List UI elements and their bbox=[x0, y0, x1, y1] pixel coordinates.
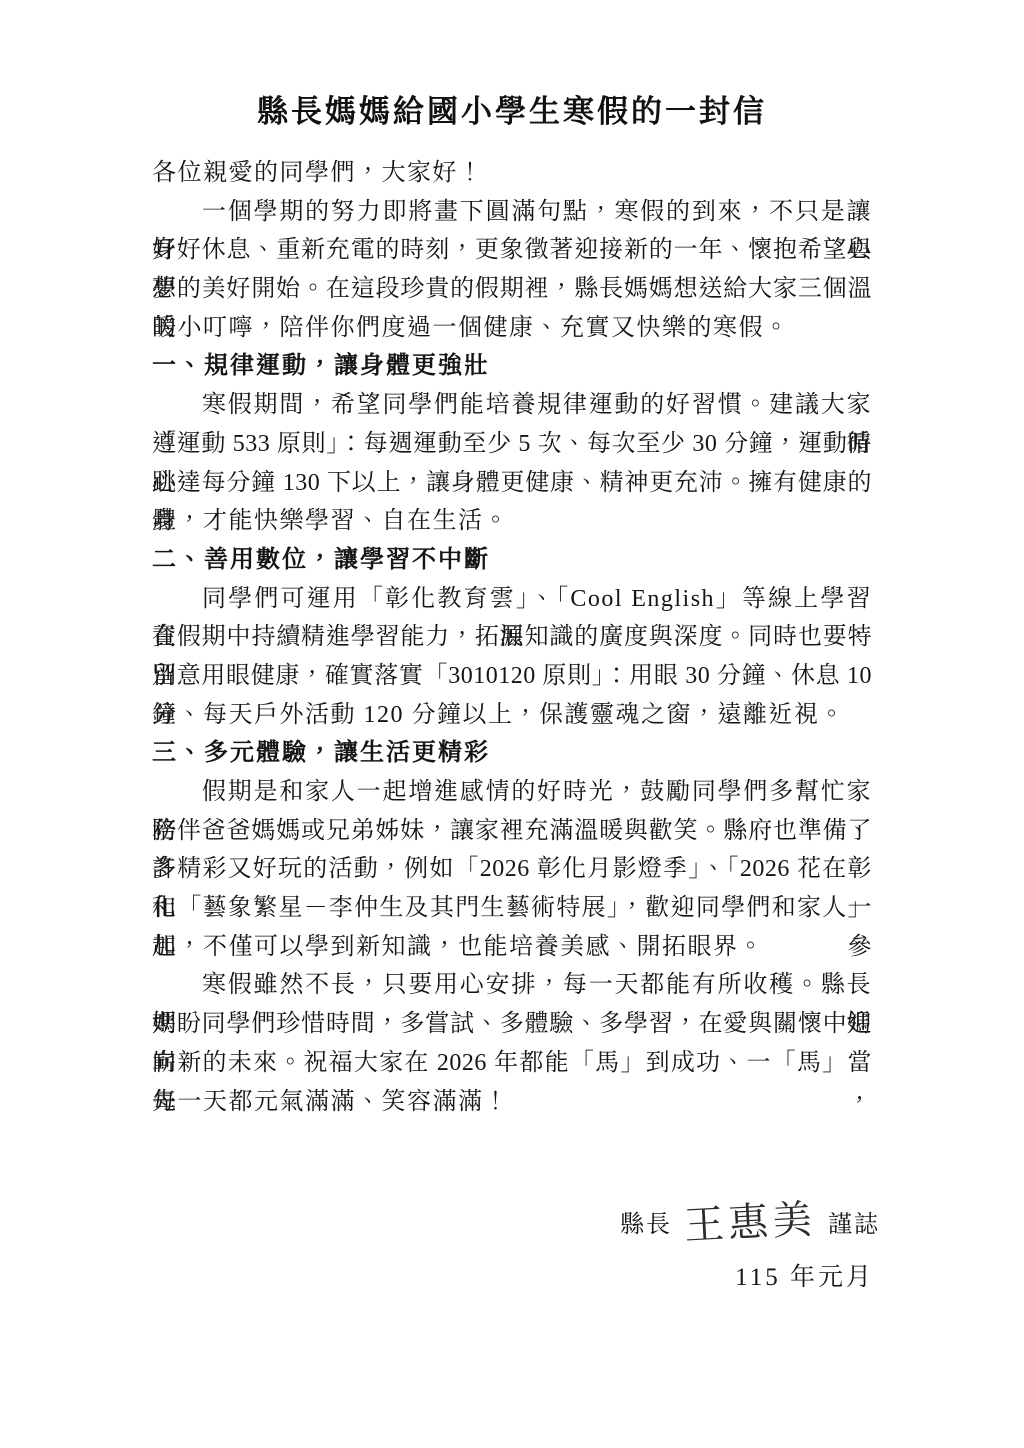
text-line: 陪伴爸爸媽媽或兄弟姊妹，讓家裡充滿溫暖與歡笑。縣府也準備了許 bbox=[152, 812, 872, 851]
section-heading: 二、善用數位，讓學習不中斷 bbox=[152, 541, 872, 580]
text-line: 假期是和家人一起增進感情的好時光，鼓勵同學們多幫忙家務、 bbox=[152, 773, 872, 812]
signature-block: 縣長王惠美謹誌 bbox=[0, 1197, 1024, 1253]
text-line: 寒假期間，希望同學們能培養規律運動的好習慣。建議大家遵循 bbox=[152, 386, 872, 425]
text-line: 期盼同學們珍惜時間，多嘗試、多體驗、多學習，在愛與關懷中迎向 bbox=[152, 1005, 872, 1044]
text-line: 一個學期的努力即將畫下圓滿句點，寒假的到來，不只是讓身心 bbox=[152, 193, 872, 232]
text-line: 留意用眼健康，確實落實「3010120 原則」：用眼 30 分鐘、休息 10 分 bbox=[152, 657, 872, 696]
text-line: 跳達每分鐘 130 下以上，讓身體更健康、精神更充沛。擁有健康的身 bbox=[152, 464, 872, 503]
text-line: 「運動 533 原則」：每週運動至少 5 次、每次至少 30 分鐘，運動時心 bbox=[152, 425, 872, 464]
signature-date: 115 年元月 bbox=[0, 1257, 1024, 1293]
signer-role: 縣長 bbox=[620, 1212, 672, 1238]
text-line: 體，才能快樂學習、自在生活。 bbox=[152, 502, 872, 541]
signature-closing: 謹誌 bbox=[828, 1212, 880, 1238]
text-line: 各位親愛的同學們，大家好！ bbox=[152, 154, 872, 193]
section-heading: 三、多元體驗，讓生活更精彩 bbox=[152, 734, 872, 773]
text-line: 寒假雖然不長，只要用心安排，每一天都能有所收穫。縣長媽媽 bbox=[152, 966, 872, 1005]
text-line: 鐘、每天戶外活動 120 分鐘以上，保護靈魂之窗，遠離近視。 bbox=[152, 696, 872, 735]
text-line: 嶄新的未來。祝福大家在 2026 年都能「馬」到成功、一「馬」當先， bbox=[152, 1044, 872, 1083]
text-line: 的小叮嚀，陪伴你們度過一個健康、充實又快樂的寒假。 bbox=[152, 309, 872, 348]
letter-body: 各位親愛的同學們，大家好！一個學期的努力即將畫下圓滿句點，寒假的到來，不只是讓身… bbox=[152, 154, 872, 1121]
text-line: 好好休息、重新充電的時刻，更象徵著迎接新的一年、懷抱希望與夢 bbox=[152, 231, 872, 270]
page-title: 縣長媽媽給國小學生寒假的一封信 bbox=[0, 0, 1024, 132]
text-line: 多精彩又好玩的活動，例如「2026 彰化月影燈季」、「2026 花在彰化」 bbox=[152, 850, 872, 889]
section-heading: 一、規律運動，讓身體更強壯 bbox=[152, 347, 872, 386]
letter-page: 縣長媽媽給國小學生寒假的一封信 各位親愛的同學們，大家好！一個學期的努力即將畫下… bbox=[0, 0, 1024, 1448]
text-line: 在假期中持續精進學習能力，拓展知識的廣度與深度。同時也要特別 bbox=[152, 618, 872, 657]
text-line: 和「藝象繁星－李仲生及其門生藝術特展」，歡迎同學們和家人一起參 bbox=[152, 889, 872, 928]
handwritten-signature: 王惠美 bbox=[683, 1200, 817, 1247]
text-line: 同學們可運用「彰化教育雲」、「Cool English」等線上學習資源， bbox=[152, 580, 872, 619]
text-line: 想的美好開始。在這段珍貴的假期裡，縣長媽媽想送給大家三個溫暖 bbox=[152, 270, 872, 309]
